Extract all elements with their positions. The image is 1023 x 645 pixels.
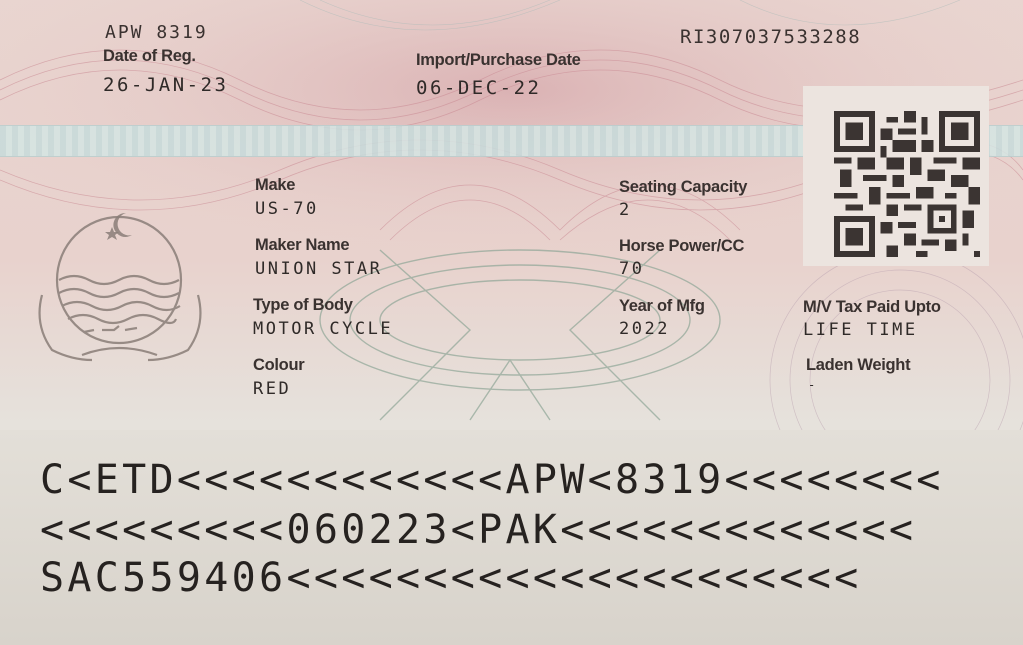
year-of-mfg-label: Year of Mfg [619,297,705,316]
horse-power-cc-label: Horse Power/CC [619,237,744,256]
horse-power-cc-value: 70 [619,259,644,279]
qr-code-icon [832,111,982,257]
maker-name-label: Maker Name [255,236,349,255]
type-of-body-value: MOTOR CYCLE [253,319,393,339]
mrz-line-3: SAC559406<<<<<<<<<<<<<<<<<<<<< [40,558,861,598]
import-purchase-date-value: 06-DEC-22 [416,77,541,99]
tax-paid-upto-label: M/V Tax Paid Upto [803,298,941,317]
date-of-reg-value: 26-JAN-23 [103,74,228,96]
make-value: US-70 [255,199,319,219]
year-of-mfg-value: 2022 [619,319,670,339]
laden-weight-value: - [808,378,818,392]
maker-name-value: UNION STAR [255,259,382,279]
registration-number: APW 8319 [105,22,208,43]
registration-card: APW 8319 Date of Reg. 26-JAN-23 Import/P… [0,0,1023,645]
serial-number: RI307037533288 [680,26,861,48]
colour-label: Colour [253,356,304,375]
punjab-government-emblem-icon [22,205,217,370]
mrz-line-2: <<<<<<<<<060223<PAK<<<<<<<<<<<<< [40,510,916,550]
seating-capacity-value: 2 [619,200,632,220]
date-of-reg-label: Date of Reg. [103,47,196,66]
laden-weight-label: Laden Weight [806,356,910,375]
mrz-line-1: C<ETD<<<<<<<<<<<<APW<8319<<<<<<<< [40,460,944,500]
colour-value: RED [253,379,291,399]
make-label: Make [255,176,295,195]
qr-code-container [803,86,989,266]
import-purchase-date-label: Import/Purchase Date [416,51,581,70]
type-of-body-label: Type of Body [253,296,353,315]
seating-capacity-label: Seating Capacity [619,178,747,197]
tax-paid-upto-value: LIFE TIME [803,320,918,340]
